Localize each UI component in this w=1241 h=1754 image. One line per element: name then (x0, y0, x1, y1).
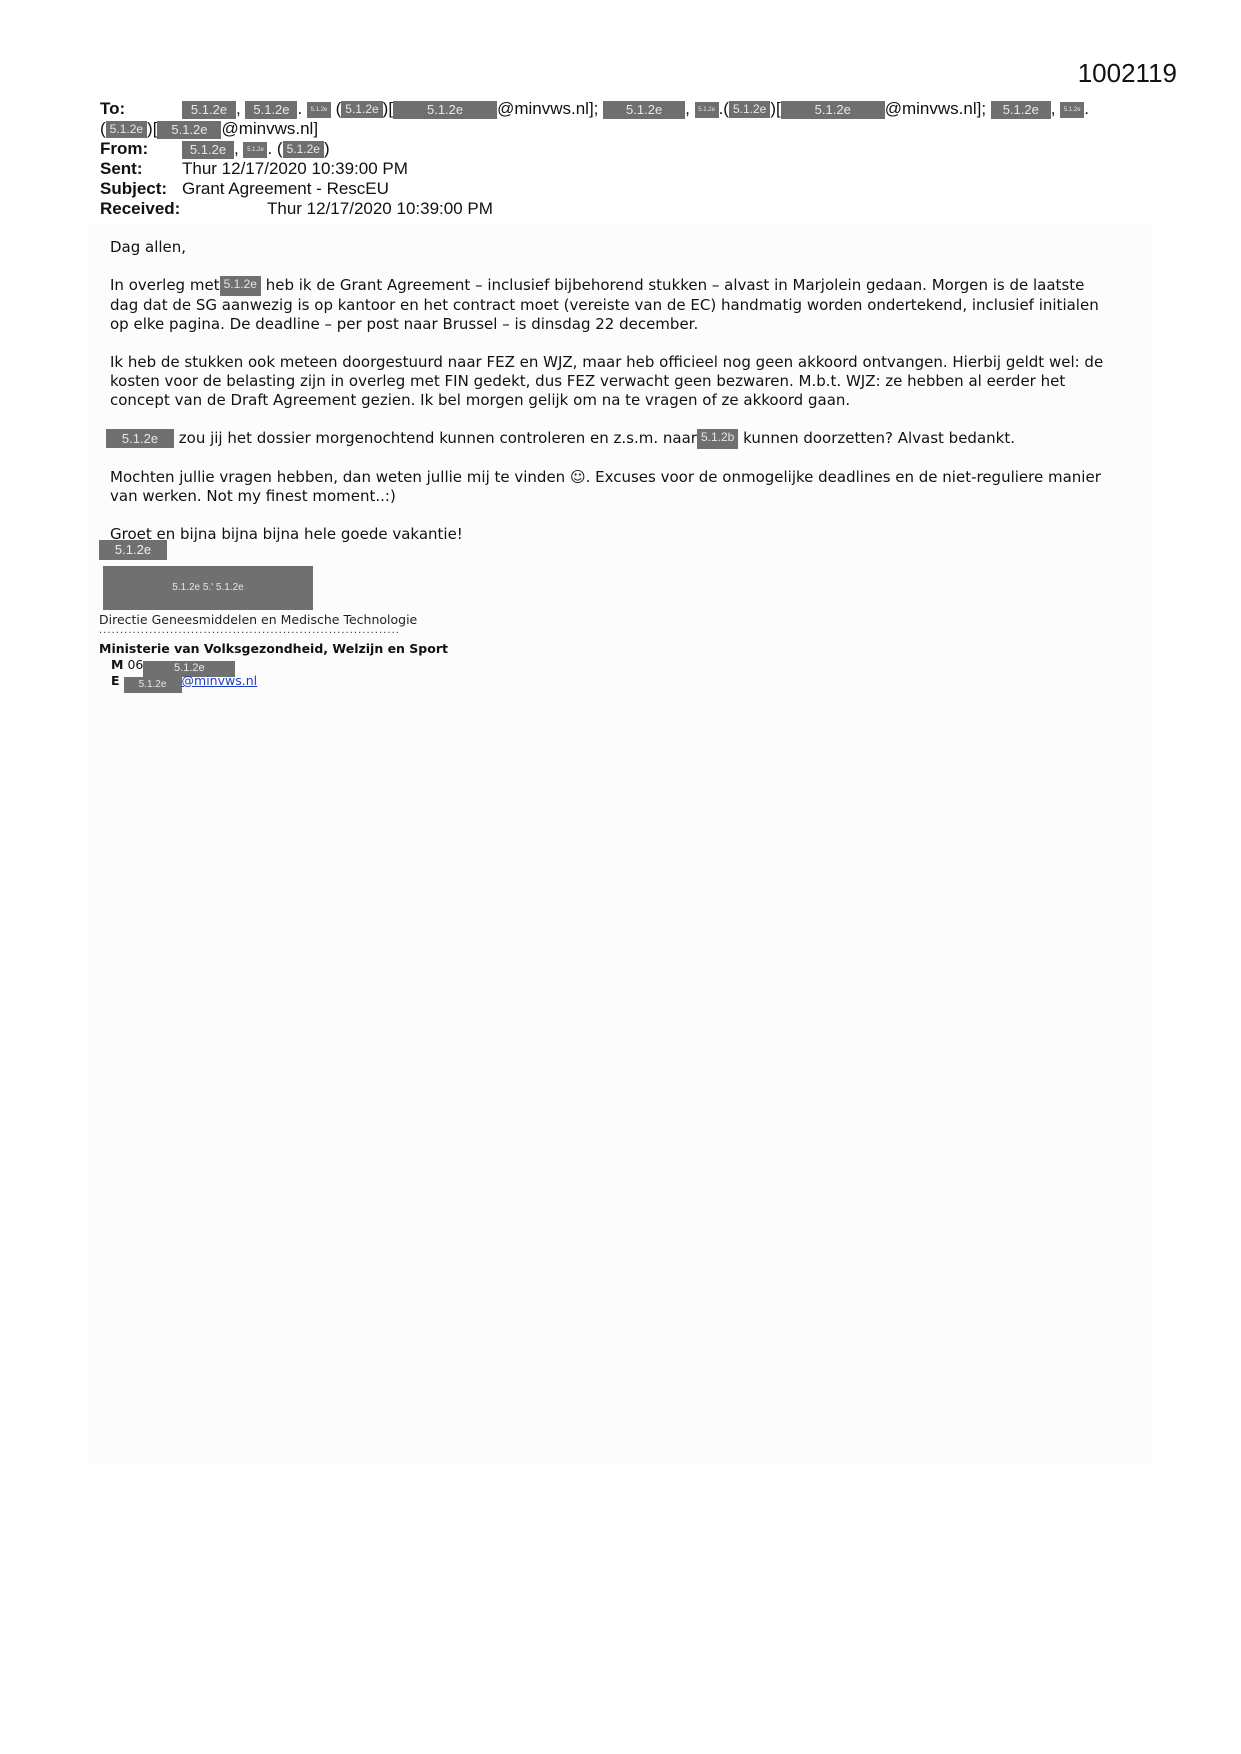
from-value: 5.1.2e, 5.1.2e. (5.1.2e) (182, 139, 330, 159)
paragraph-1-start: In overleg met (110, 276, 220, 294)
redaction: 5.1.2e (106, 121, 147, 138)
divider-dots: ........................................… (99, 625, 400, 636)
redaction: 5.1.2e (393, 101, 497, 119)
redaction: 5.1.2e (341, 101, 382, 118)
paragraph-3-middle: zou jij het dossier morgenochtend kunnen… (174, 429, 697, 447)
email-body: Dag allen, In overleg met5.1.2e heb ik d… (110, 238, 1110, 563)
received-label: Received: (100, 199, 180, 219)
redaction: 5.1.2e (106, 429, 174, 448)
redaction: 5.1.2e (695, 102, 719, 118)
subject-row: Subject: Grant Agreement - RescEU (100, 179, 1180, 199)
signature-name-redaction: 5.1.2e (99, 540, 167, 560)
email-header: To: 5.1.2e, 5.1.2e. 5.1.2e (5.1.2e)[5.1.… (100, 99, 1180, 219)
redaction: 5.1.2e (781, 101, 885, 119)
closing: Groet en bijna bijna bijna hele goede va… (110, 525, 1110, 544)
from-label: From: (100, 139, 148, 159)
email-label: E (111, 673, 120, 688)
paragraph-2: Ik heb de stukken ook meteen doorgestuur… (110, 353, 1110, 410)
redaction: 5.1.2e (124, 677, 182, 693)
mobile-prefix: 06 (127, 657, 143, 672)
redaction: 5.1.2e (307, 102, 331, 118)
redaction: 5.1.2e (220, 276, 261, 296)
email-link[interactable]: @minvws.nl (182, 673, 258, 688)
paragraph-4: Mochten jullie vragen hebben, dan weten … (110, 468, 1110, 506)
redaction: 5.1.2b (697, 429, 738, 449)
greeting: Dag allen, (110, 238, 1110, 257)
email-line: E 5.1.2e@minvws.nl (111, 673, 257, 693)
ministry: Ministerie van Volksgezondheid, Welzijn … (99, 641, 448, 656)
paragraph-3: 5.1.2e zou jij het dossier morgenochtend… (110, 429, 1110, 449)
email-domain: @minvws.nl]; (885, 99, 986, 118)
redaction: 5.1.2e (1060, 102, 1084, 118)
paragraph-3-rest: kunnen doorzetten? Alvast bedankt. (738, 429, 1015, 447)
email-domain: @minvws.nl]; (497, 99, 598, 118)
sent-label: Sent: (100, 159, 143, 179)
to-row: To: 5.1.2e, 5.1.2e. 5.1.2e (5.1.2e)[5.1.… (100, 99, 1180, 119)
paragraph-1: In overleg met5.1.2e heb ik de Grant Agr… (110, 276, 1110, 334)
received-row: Received: Thur 12/17/2020 10:39:00 PM (100, 199, 1180, 219)
subject-label: Subject: (100, 179, 167, 199)
redaction: 5.1.2e (603, 101, 685, 119)
document-number: 1002119 (1078, 58, 1177, 89)
to-value: 5.1.2e, 5.1.2e. 5.1.2e (5.1.2e)[5.1.2e@m… (182, 99, 1089, 119)
to-label: To: (100, 99, 125, 119)
signature-title-redaction: 5.1.2e 5.' 5.1.2e (103, 566, 313, 610)
redaction: 5.1.2e (182, 141, 234, 159)
email-domain: @minvws.nl] (221, 119, 318, 138)
mobile-label: M (111, 657, 123, 672)
sent-value: Thur 12/17/2020 10:39:00 PM (182, 159, 408, 179)
to-row-continued: (5.1.2e)[5.1.2e@minvws.nl] (100, 119, 1180, 139)
sent-row: Sent: Thur 12/17/2020 10:39:00 PM (100, 159, 1180, 179)
redaction: 5.1.2e (157, 121, 221, 139)
redaction: 5.1.2e (729, 101, 770, 118)
redaction: 5.1.2e (245, 101, 297, 119)
redaction: 5.1.2e (182, 101, 236, 119)
from-row: From: 5.1.2e, 5.1.2e. (5.1.2e) (100, 139, 1180, 159)
subject-value: Grant Agreement - RescEU (182, 179, 389, 199)
redaction: 5.1.2e (283, 141, 324, 158)
received-value: Thur 12/17/2020 10:39:00 PM (267, 199, 493, 219)
to-value-continued: (5.1.2e)[5.1.2e@minvws.nl] (100, 119, 318, 139)
redaction: 5.1.2e (243, 142, 267, 158)
redaction: 5.1.2e (991, 101, 1051, 119)
